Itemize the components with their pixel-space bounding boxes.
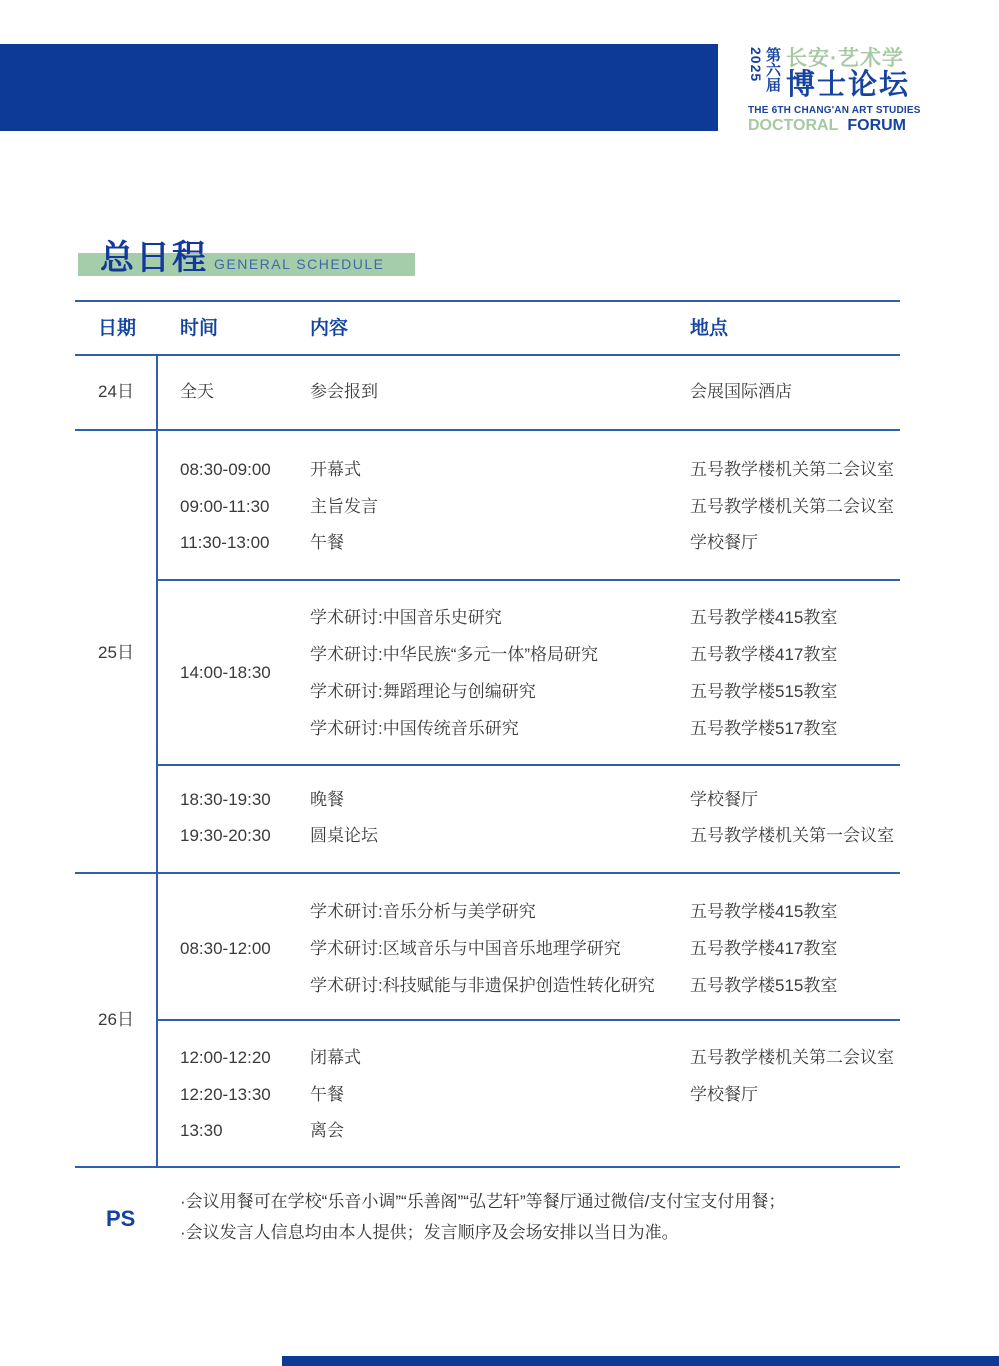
day25-evening-0-location: 学校餐厅: [690, 789, 758, 811]
day26-closing-1-content: 午餐: [310, 1084, 344, 1106]
day25-date: 25日: [75, 642, 157, 664]
day25-morning-0-time: 08:30-09:00: [180, 459, 271, 481]
day25-evening-1-time: 19:30-20:30: [180, 825, 271, 847]
logo-year-vertical: 2025: [748, 47, 763, 95]
table-bottom-rule: [75, 1166, 900, 1168]
day25-session-2-content: 学术研讨:舞蹈理论与创编研究: [310, 681, 536, 703]
day25-session-0-location: 五号教学楼415教室: [690, 607, 837, 629]
day25-morning-1-time: 09:00-11:30: [180, 496, 269, 518]
day25-evening-0-content: 晚餐: [310, 789, 344, 811]
day25-morning-1-content: 主旨发言: [310, 496, 378, 518]
day26-session-2-location: 五号教学楼515教室: [690, 975, 837, 997]
ps-note-1: ·会议用餐可在学校“乐音小调”“乐善阁”“弘艺轩”等餐厅通过微信/支付宝支付用餐…: [180, 1191, 785, 1213]
day25-morning-1-location: 五号教学楼机关第二会议室: [690, 496, 894, 518]
day26-closing-0-location: 五号教学楼机关第二会议室: [690, 1047, 894, 1069]
col-header-location: 地点: [690, 317, 728, 341]
day25-session-3-content: 学术研讨:中国传统音乐研究: [310, 718, 519, 740]
day24-row-content: 参会报到: [310, 381, 378, 403]
day25-divider-2: [157, 764, 900, 766]
day25-morning-0-content: 开幕式: [310, 459, 361, 481]
logo-title-blue: 博士论坛: [786, 70, 910, 100]
day25-morning-2-time: 11:30-13:00: [180, 532, 269, 554]
day26-closing-1-location: 学校餐厅: [690, 1084, 758, 1106]
day25-session-1-location: 五号教学楼417教室: [690, 644, 837, 666]
day26-session-1-location: 五号教学楼417教室: [690, 938, 837, 960]
forum-logo: 2025 第六届 长安·艺术学 博士论坛 THE 6TH CHANG'AN AR…: [748, 47, 906, 135]
logo-title-green: 长安·艺术学: [786, 47, 910, 70]
page-title: 总日程: [100, 238, 208, 278]
day24-date: 24日: [75, 381, 157, 403]
ps-label: PS: [106, 1205, 135, 1233]
logo-footer-en: DOCTORAL FORUM: [748, 117, 906, 135]
day26-divider-1: [157, 1019, 900, 1021]
day26-session-0-location: 五号教学楼415教室: [690, 901, 837, 923]
day26-closing-0-content: 闭幕式: [310, 1047, 361, 1069]
ps-note-2: ·会议发言人信息均由本人提供；发言顺序及会场安排以当日为准。: [180, 1222, 679, 1244]
day25-evening-1-location: 五号教学楼机关第一会议室: [690, 825, 894, 847]
day26-session-1-content: 学术研讨:区域音乐与中国音乐地理学研究: [310, 938, 621, 960]
day25-session-2-location: 五号教学楼515教室: [690, 681, 837, 703]
day25-session-0-content: 学术研讨:中国音乐史研究: [310, 607, 502, 629]
page-title-en: GENERAL SCHEDULE: [214, 256, 385, 272]
day24-row-location: 会展国际酒店: [690, 381, 792, 403]
day25-divider-1: [157, 579, 900, 581]
day24-row-time: 全天: [180, 381, 214, 403]
day26-closing-2-time: 13:30: [180, 1120, 223, 1142]
day25-evening-1-content: 圆桌论坛: [310, 825, 378, 847]
col-header-date: 日期: [98, 317, 136, 341]
logo-edition-vertical: 第六届: [764, 47, 781, 97]
logo-doctoral-text: DOCTORAL: [748, 117, 838, 135]
logo-top-row: 2025 第六届 长安·艺术学 博士论坛: [748, 47, 906, 100]
day26-closing-1-time: 12:20-13:30: [180, 1084, 271, 1106]
day25-session-3-location: 五号教学楼517教室: [690, 718, 837, 740]
day25-morning-0-location: 五号教学楼机关第二会议室: [690, 459, 894, 481]
day26-session-0-content: 学术研讨:音乐分析与美学研究: [310, 901, 536, 923]
day25-bottom-rule: [75, 872, 900, 874]
day26-session-2-content: 学术研讨:科技赋能与非遗保护创造性转化研究: [310, 975, 655, 997]
day26-closing-2-content: 离会: [310, 1120, 344, 1142]
bottom-blue-bar: [282, 1356, 999, 1366]
col-header-time: 时间: [180, 317, 218, 341]
logo-subtitle-en: THE 6TH CHANG'AN ART STUDIES: [748, 105, 906, 116]
program-page: 2025 第六届 长安·艺术学 博士论坛 THE 6TH CHANG'AN AR…: [0, 0, 999, 1366]
day25-afternoon-time: 14:00-18:30: [180, 662, 271, 684]
day25-morning-2-location: 学校餐厅: [690, 532, 758, 554]
date-column-rule: [156, 354, 158, 1168]
header-bottom-rule: [75, 354, 900, 356]
col-header-content: 内容: [310, 317, 348, 341]
table-top-rule: [75, 300, 900, 302]
day25-evening-0-time: 18:30-19:30: [180, 789, 271, 811]
day26-date: 26日: [75, 1009, 157, 1031]
day24-bottom-rule: [75, 429, 900, 431]
day25-morning-2-content: 午餐: [310, 532, 344, 554]
day26-morning-time: 08:30-12:00: [180, 938, 271, 960]
logo-zh-block: 长安·艺术学 博士论坛: [786, 47, 910, 100]
top-blue-bar: [0, 44, 718, 131]
day26-closing-0-time: 12:00-12:20: [180, 1047, 271, 1069]
day25-session-1-content: 学术研讨:中华民族“多元一体”格局研究: [310, 644, 598, 666]
logo-forum-text: FORUM: [847, 117, 906, 135]
